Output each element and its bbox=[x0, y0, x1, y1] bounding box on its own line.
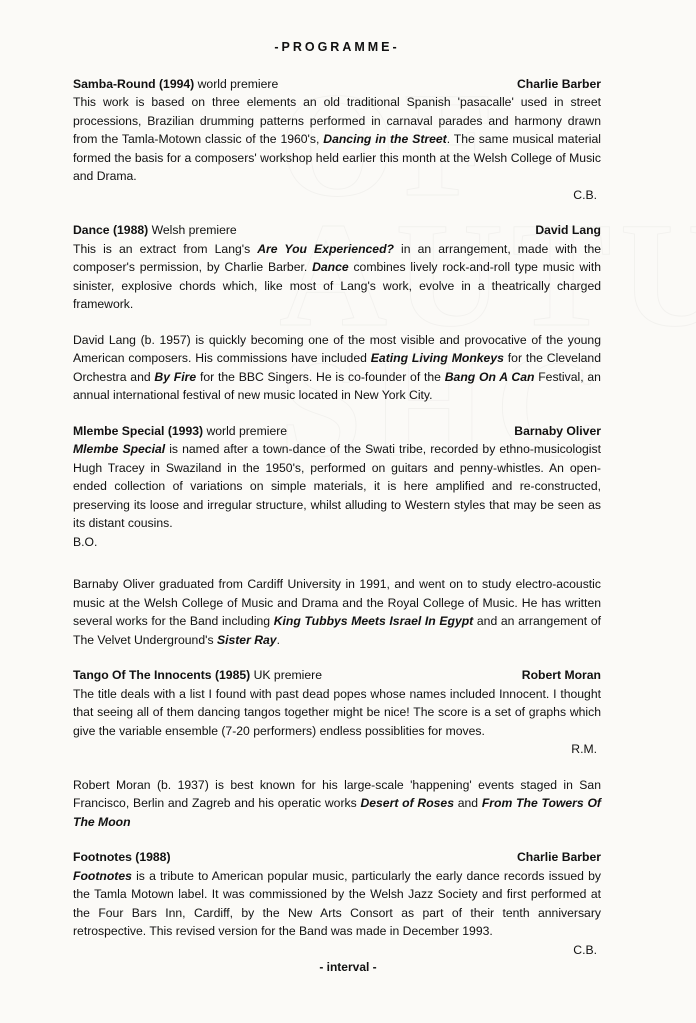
piece-heading: Footnotes (1988) Charlie Barber bbox=[73, 848, 601, 867]
work-title: Sister Ray bbox=[217, 633, 277, 647]
programme-page: -PROGRAMME- Samba-Round (1994) world pre… bbox=[73, 38, 601, 976]
page-title: -PROGRAMME- bbox=[73, 38, 601, 57]
premiere-label: Welsh premiere bbox=[152, 223, 237, 237]
work-title: Dance bbox=[312, 260, 349, 274]
work-title: Desert of Roses bbox=[360, 796, 454, 810]
work-title: Mlembe Special bbox=[73, 442, 165, 456]
work-title: Dancing in the Street bbox=[323, 132, 446, 146]
composer-bio-robert-moran: Robert Moran (b. 1937) is best known for… bbox=[73, 776, 601, 832]
composer-name: David Lang bbox=[535, 221, 601, 240]
composer-bio-david-lang: David Lang (b. 1957) is quickly becoming… bbox=[73, 331, 601, 405]
piece-heading: Mlembe Special (1993) world premiere Bar… bbox=[73, 422, 601, 441]
piece-heading: Tango Of The Innocents (1985) UK premier… bbox=[73, 666, 601, 685]
piece-title: Mlembe Special (1993) bbox=[73, 424, 203, 438]
piece-heading: Dance (1988) Welsh premiere David Lang bbox=[73, 221, 601, 240]
premiere-label: world premiere bbox=[206, 424, 287, 438]
work-title: Eating Living Monkeys bbox=[371, 351, 504, 365]
author-initials: C.B. bbox=[73, 186, 601, 205]
composer-name: Robert Moran bbox=[522, 666, 601, 685]
piece-title: Tango Of The Innocents (1985) bbox=[73, 668, 250, 682]
work-title: Are You Experienced? bbox=[257, 242, 394, 256]
piece-heading: Samba-Round (1994) world premiere Charli… bbox=[73, 75, 601, 94]
work-title: Bang On A Can bbox=[445, 370, 535, 384]
author-initials: R.M. bbox=[73, 740, 601, 759]
author-initials: C.B. bbox=[73, 941, 601, 960]
piece-title: Samba-Round (1994) bbox=[73, 77, 194, 91]
piece-title: Footnotes (1988) bbox=[73, 850, 171, 864]
piece-description: This work is based on three elements an … bbox=[73, 93, 601, 186]
piece-description: Mlembe Special is named after a town-dan… bbox=[73, 440, 601, 533]
piece-samba-round: Samba-Round (1994) world premiere Charli… bbox=[73, 75, 601, 205]
piece-description: This is an extract from Lang's Are You E… bbox=[73, 240, 601, 314]
author-initials: B.O. bbox=[73, 533, 601, 552]
composer-name: Barnaby Oliver bbox=[514, 422, 601, 441]
composer-name: Charlie Barber bbox=[517, 75, 601, 94]
premiere-label: UK premiere bbox=[254, 668, 322, 682]
piece-footnotes: Footnotes (1988) Charlie Barber Footnote… bbox=[73, 848, 601, 959]
composer-bio-barnaby-oliver: Barnaby Oliver graduated from Cardiff Un… bbox=[73, 575, 601, 649]
piece-title: Dance (1988) bbox=[73, 223, 148, 237]
piece-description: The title deals with a list I found with… bbox=[73, 685, 601, 741]
work-title: Footnotes bbox=[73, 869, 132, 883]
piece-tango-of-the-innocents: Tango Of The Innocents (1985) UK premier… bbox=[73, 666, 601, 759]
interval-label: - interval - bbox=[0, 960, 696, 974]
piece-description: Footnotes is a tribute to American popul… bbox=[73, 867, 601, 941]
piece-mlembe-special: Mlembe Special (1993) world premiere Bar… bbox=[73, 422, 601, 552]
work-title: By Fire bbox=[154, 370, 196, 384]
composer-name: Charlie Barber bbox=[517, 848, 601, 867]
premiere-label: world premiere bbox=[198, 77, 279, 91]
piece-dance: Dance (1988) Welsh premiere David Lang T… bbox=[73, 221, 601, 314]
work-title: King Tubbys Meets Israel In Egypt bbox=[274, 614, 474, 628]
work-title: From The Towers Of The Moon bbox=[73, 796, 601, 829]
